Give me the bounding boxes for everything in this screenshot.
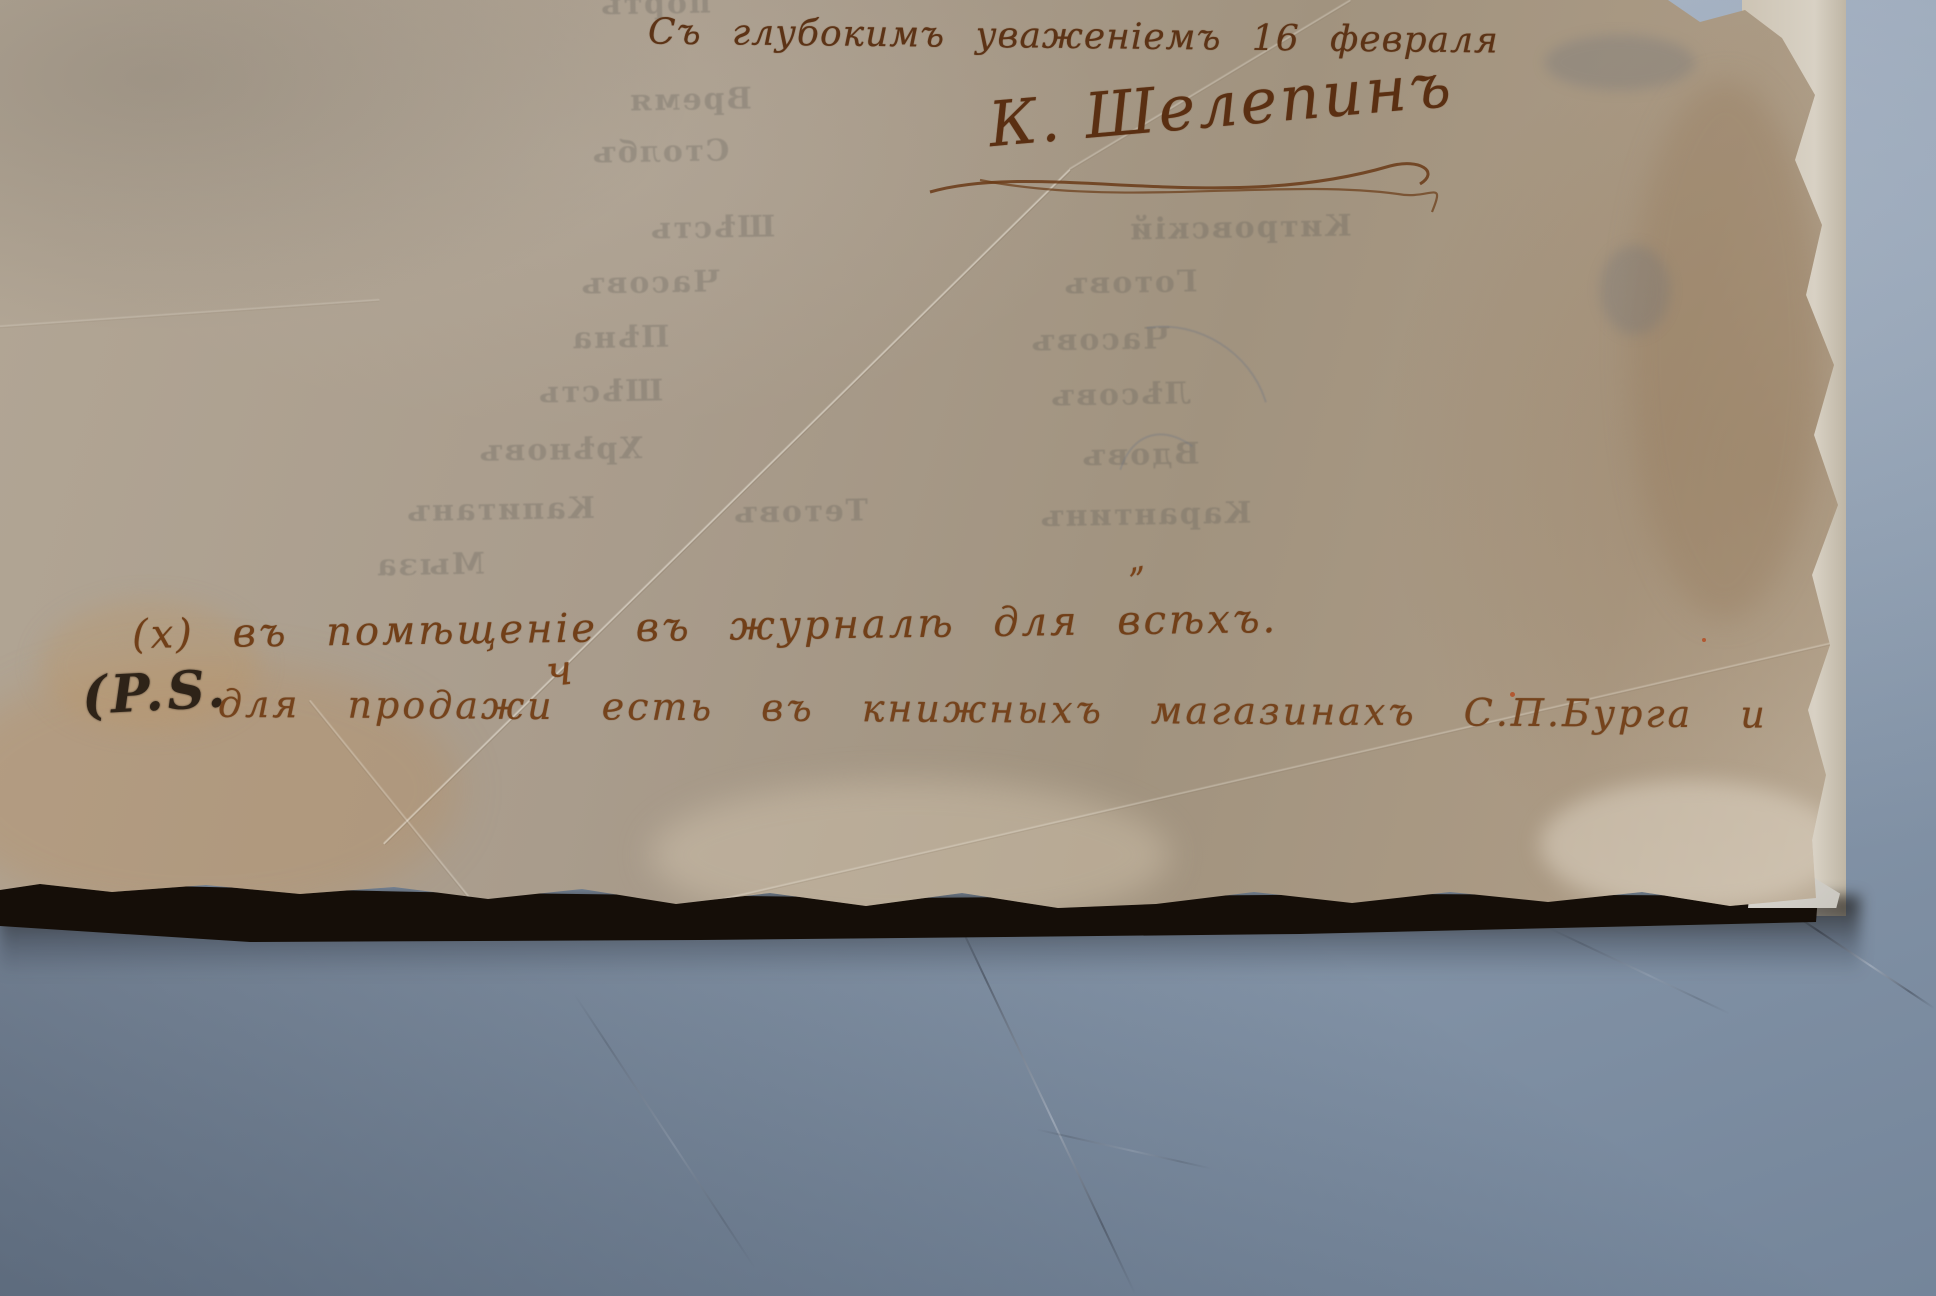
ink-speck	[1702, 638, 1706, 642]
ghost-word: Тетовъ	[732, 493, 868, 530]
ghost-word: Часовъ	[579, 264, 721, 301]
ghost-word: Время	[628, 81, 752, 118]
signature-flourish	[920, 120, 1480, 230]
ghost-word: Шѣсть	[537, 373, 664, 410]
ghost-word: Готовъ	[1062, 264, 1198, 301]
pencil-smudge	[1600, 245, 1670, 335]
note-x-handwriting: (х) въ помѣщеніе въ журналѣ для всѣхъ.	[132, 596, 1279, 658]
ghost-word: Мыза	[375, 547, 485, 584]
crease	[0, 298, 380, 330]
pencil-smudge	[1545, 35, 1695, 90]
scratch-line	[1036, 1128, 1212, 1169]
ghost-word: Пѣна	[570, 320, 669, 357]
photo-of-manuscript-on-table: ВремяСтолбъШѣстьЧасовъПѣнаШѣстьХрѣновъКа…	[0, 0, 1936, 1296]
ghost-word: Хрѣновъ	[477, 431, 643, 469]
ghost-word: Столбъ	[590, 133, 729, 170]
postscript-handwriting: для продажи есть въ книжныхъ магазинахъ …	[218, 682, 1936, 738]
stain	[1540, 780, 1840, 910]
postscript-initials: (P.S.	[81, 658, 231, 727]
ghost-word: Капитанъ	[405, 491, 596, 529]
ghost-word: Шѣсть	[649, 209, 776, 246]
scratch-line	[573, 993, 756, 1269]
water-stain	[1630, 80, 1820, 620]
